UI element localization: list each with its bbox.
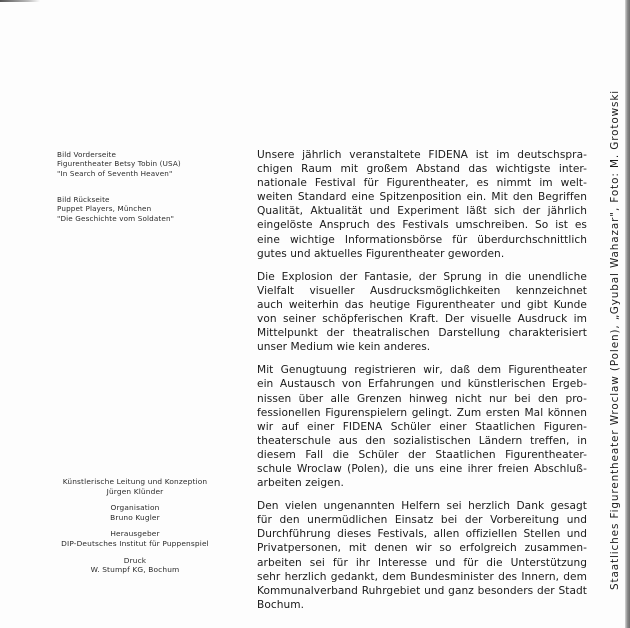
staff-role: Druck <box>40 556 230 566</box>
front-cover-heading: Bild Vorderseite <box>57 150 181 159</box>
staff-credits: Künstlerische Leitung und Konzeption Jür… <box>40 477 230 582</box>
scan-edge-top <box>0 0 40 2</box>
body-paragraph: Mit Genugtuung registrieren wir, daß dem… <box>257 363 587 490</box>
back-cover-credit: Bild Rückseite Puppet Players, München "… <box>57 195 174 223</box>
body-line: theaterschule aus den sozialistischen Lä… <box>257 434 587 448</box>
back-cover-company: Puppet Players, München <box>57 204 174 213</box>
body-line: arbeiten zeigen. <box>257 476 587 490</box>
body-paragraph: Den vielen ungenannten Helfern sei herzl… <box>257 499 587 612</box>
document-page: Bild Vorderseite Figurentheater Betsy To… <box>0 0 630 628</box>
body-line: Qualität, Aktualität und Experiment läßt… <box>257 204 587 218</box>
front-cover-title: "In Search of Seventh Heaven" <box>57 169 181 178</box>
body-line: eine wichtige Informationsbörse für über… <box>257 233 587 247</box>
body-line: Vielfalt visueller Ausdrucksmöglichkeite… <box>257 284 587 298</box>
body-line: chigen Raum mit großem Abstand das wicht… <box>257 162 587 176</box>
body-line: wir auf einer FIDENA Schüler einer Staat… <box>257 420 587 434</box>
body-line: von seiner schöpferischen Kraft. Der vis… <box>257 312 587 326</box>
staff-role: Organisation <box>40 503 230 513</box>
body-line: eingelöste Anspruch des Festivals umschr… <box>257 218 587 232</box>
body-line: sehr herzlich gedankt, dem Bundesministe… <box>257 570 587 584</box>
body-line: Mit Genugtuung registrieren wir, daß dem… <box>257 363 587 377</box>
staff-role: Herausgeber <box>40 529 230 539</box>
photo-caption-vertical: Staatliches Figurentheater Wroclaw (Pole… <box>609 30 621 590</box>
staff-name: W. Stumpf KG, Bochum <box>40 565 230 575</box>
staff-entry-publisher: Herausgeber DIP-Deutsches Institut für P… <box>40 529 230 548</box>
body-line: gutes und aktuelles Figurentheater gewor… <box>257 247 587 261</box>
body-line: fessionellen Figurenspielern gelingt. Zu… <box>257 406 587 420</box>
scan-edge-right <box>625 0 630 628</box>
body-line: weiten Standard eine Spitzenposition ein… <box>257 190 587 204</box>
front-cover-credit: Bild Vorderseite Figurentheater Betsy To… <box>57 150 181 178</box>
body-line: arbeiten sei für ihr Interesse und für d… <box>257 556 587 570</box>
body-paragraph: Die Explosion der Fantasie, der Sprung i… <box>257 270 587 355</box>
body-line: Durchführung dieses Festivals, allen off… <box>257 527 587 541</box>
staff-entry-printer: Druck W. Stumpf KG, Bochum <box>40 556 230 575</box>
body-line: nationale Festival für Figurentheater, e… <box>257 176 587 190</box>
body-line: Privatpersonen, mit denen wir so erfolgr… <box>257 541 587 555</box>
staff-entry-direction: Künstlerische Leitung und Konzeption Jür… <box>40 477 230 496</box>
staff-name: DIP-Deutsches Institut für Puppenspiel <box>40 539 230 549</box>
staff-name: Bruno Kugler <box>40 513 230 523</box>
staff-role: Künstlerische Leitung und Konzeption <box>40 477 230 487</box>
back-cover-heading: Bild Rückseite <box>57 195 174 204</box>
body-line: ein Austausch von Erfahrungen und künstl… <box>257 377 587 391</box>
body-line: unser Medium wie kein anderes. <box>257 340 587 354</box>
body-line: diesem Fall die Schüler der Staatlichen … <box>257 448 587 462</box>
staff-name: Jürgen Klünder <box>40 487 230 497</box>
body-text: Unsere jährlich veranstaltete FIDENA ist… <box>257 148 587 621</box>
body-line: Unsere jährlich veranstaltete FIDENA ist… <box>257 148 587 162</box>
body-line: auch weiterhin das heutige Figurentheate… <box>257 298 587 312</box>
body-line: Bochum. <box>257 598 587 612</box>
body-line: Den vielen ungenannten Helfern sei herzl… <box>257 499 587 513</box>
back-cover-title: "Die Geschichte vom Soldaten" <box>57 214 174 223</box>
body-line: Mittelpunkt der theatralischen Darstellu… <box>257 326 587 340</box>
body-line: nissen über alle Grenzen hinweg nicht nu… <box>257 392 587 406</box>
body-line: Die Explosion der Fantasie, der Sprung i… <box>257 270 587 284</box>
staff-entry-organisation: Organisation Bruno Kugler <box>40 503 230 522</box>
body-paragraph: Unsere jährlich veranstaltete FIDENA ist… <box>257 148 587 261</box>
front-cover-company: Figurentheater Betsy Tobin (USA) <box>57 159 181 168</box>
body-line: Kommunalverband Ruhrgebiet und ganz beso… <box>257 584 587 598</box>
body-line: für den unermüdlichen Einsatz bei der Vo… <box>257 513 587 527</box>
body-line: schule Wroclaw (Polen), die uns eine ihr… <box>257 462 587 476</box>
